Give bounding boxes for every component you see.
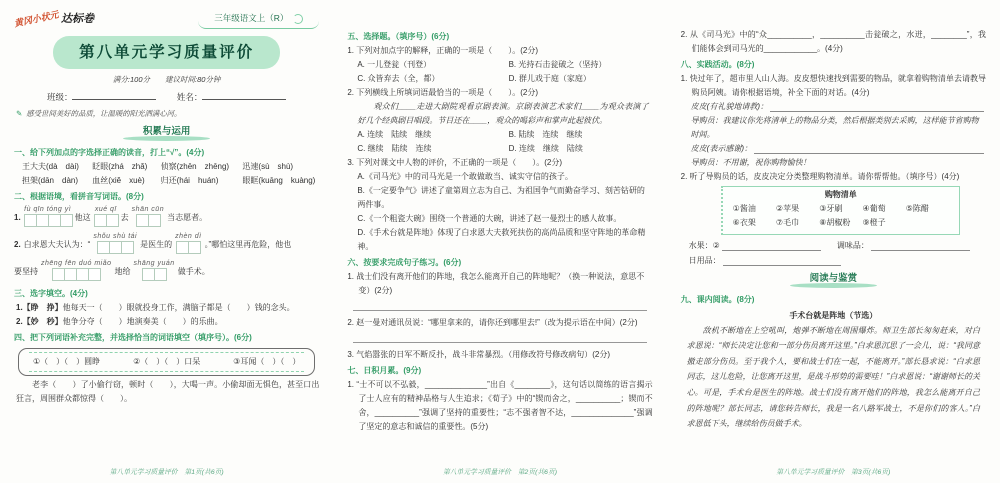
section-banner-reading: 阅读与鉴赏 (681, 271, 986, 289)
q1-item: 归还(hái huán) (161, 174, 229, 188)
q8-stem-1: 1. 快过年了，超市里人山人海。皮皮想快速找到需要的物品，就拿着购物清单去请教导… (681, 72, 986, 100)
edition-banner: 三年级语文上（R） (198, 10, 319, 29)
q7-item-2: 2. 从《司马光》中的“众__________，__________击瓮破之，水… (681, 28, 986, 56)
option: C. 继续 陆续 连续 (357, 142, 508, 156)
q6-item-2: 2. 赵一曼对通讯员说：“哪里拿来的，请你还到哪里去!”（改为提示语在中间）(2… (347, 316, 652, 330)
q5-s1-stem: 1. 下列对加点字的解释，正确的一项是（ ）。(2分) (347, 44, 652, 58)
exam-sheet: 黄冈小状元达标卷 三年级语文上（R） 第八单元学习质量评价 满分:100分 建议… (0, 0, 1000, 483)
speaker-label: 皮皮(有礼貌地请教)： (691, 100, 768, 114)
q1-items: 王大夫(dà dài) 眨眼(zhá zhǎ) 侦察(zhēn zhēng) 迅… (14, 160, 319, 188)
q3-title: 三、选字填空。(4分) (14, 287, 319, 301)
category-blank (722, 239, 821, 251)
dialog-line-pipi-2: 皮皮(表示感谢)： (681, 142, 986, 156)
option: C. 众皆弃去（全，都） (357, 72, 508, 86)
dialog-blank (754, 142, 984, 154)
page3-footer: 第八单元学习质量评价 第3页(共6页) (681, 467, 986, 481)
answer-line (353, 300, 646, 311)
class-blank (72, 91, 156, 100)
page1-footer: 第八单元学习质量评价 第1页(共6页) (14, 467, 319, 481)
edition-label: 三年级语文上（R） (214, 13, 288, 23)
tip-text: 感受世间美好的品质，让温暖的阳光洒满心河。 (26, 108, 181, 121)
writing-grid: shāng yuán (134, 259, 175, 281)
q5-title: 五、选择题。（填序号）(6分) (347, 30, 652, 44)
writing-grid: zhèn dì (175, 232, 201, 254)
q6-item-3: 3. 气焰嚣张的日军不断反扑，战斗非常暴烈。（用修改符号修改病句）(2分) (347, 348, 652, 362)
q5-s2-passage: 观众们____走进大剧院观看京剧表演。京剧表演艺术家们____为观众表演了好几个… (347, 100, 652, 128)
page-3: 2. 从《司马光》中的“众__________，__________击瓮破之，水… (681, 4, 986, 481)
list-item: ⑦毛巾 (776, 216, 819, 230)
option: B. 光持石击瓮破之（坚持） (509, 58, 653, 72)
option: C.《一个粗瓷大碗》围绕一个普通的大碗，讲述了赵一曼烈士的感人故事。 (357, 212, 652, 226)
dialog-line-clerk-1: 导购员：我建议你先将清单上的物品分类，然后根据类别去采购，这样能节省购物时间。 (681, 114, 986, 142)
q6-title: 六、按要求完成句子练习。(6分) (347, 256, 652, 270)
q4-title: 四、把下列词语补充完整，并选择恰当的词语填空（填序号）。(6分) (14, 331, 319, 345)
writing-grid: zhēng fēn duó miǎo (41, 259, 112, 281)
reading-passage: 敌机不断地在上空吼叫，炮弹不断地在周围爆炸。师卫生部长匆匆赶来，对白求恩说：“师… (681, 323, 986, 432)
option: B.《一定要争气》讲述了童第周立志为自己、为祖国争气而勤奋学习、刻苦钻研的两件事… (357, 184, 652, 212)
q1-item: 血丝(xiě xuè) (92, 174, 147, 188)
answer-line (353, 332, 646, 343)
q1-item: 眼眶(kuāng kuàng) (242, 174, 315, 188)
page-1: 黄冈小状元达标卷 三年级语文上（R） 第八单元学习质量评价 满分:100分 建议… (14, 4, 319, 481)
brand-logo: 黄冈小状元达标卷 (14, 10, 94, 29)
option: A.《司马光》中的司马光是一个敢做敢当、诚实守信的孩子。 (357, 170, 652, 184)
page-2: 五、选择题。（填序号）(6分) 1. 下列对加点字的解释，正确的一项是（ ）。(… (347, 4, 652, 481)
list-item: ⑤陈醋 (906, 202, 949, 216)
category-blank (871, 239, 970, 251)
option: A. 连续 陆续 继续 (357, 128, 508, 142)
q3-item-1: 1.【睁 挣】他每天一（ ）眼就投身工作，满脑子都是（ ）钱的念头。 (14, 301, 319, 315)
q3-item-2: 2.【妙 秒】他争分夺（ ）地演奏美（ ）的乐曲。 (14, 315, 319, 329)
list-item: ⑧胡椒粉 (819, 216, 862, 230)
list-item: ⑥衣架 (733, 216, 776, 230)
name-blank (202, 91, 286, 100)
dialog-blank (770, 100, 984, 112)
list-item: ③牙刷 (819, 202, 862, 216)
option: D. 群儿戏于庭（家庭） (509, 72, 653, 86)
q4-word-box: ①（ ）（ ）圆睁 ②（ ）（ ）口呆 ③耳闻（ ）（ ） (18, 348, 315, 376)
writing-grid: shǒu shù tái (93, 232, 137, 254)
category-row-1: 水果：② 调味品： (681, 239, 986, 253)
title-wrap: 第八单元学习质量评价 (14, 36, 319, 69)
page-title: 第八单元学习质量评价 (53, 36, 280, 69)
q1-item: 迅速(sù shù) (242, 160, 315, 174)
q1-item: 担架(dān dàn) (22, 174, 79, 188)
q1-title: 一、给下列加点的字选择正确的读音，打上“√”。(4分) (14, 146, 319, 160)
q9-title: 九、课内阅读。(8分) (681, 293, 986, 307)
brand-series-label: 达标卷 (61, 13, 94, 25)
dialog-line-pipi-1: 皮皮(有礼貌地请教)： (681, 100, 986, 114)
q4-word: ③耳闻（ ）（ ） (233, 355, 300, 369)
class-name-line: 班级： 姓名： (14, 90, 319, 105)
section-banner-accumulate: 积累与运用 (14, 124, 319, 142)
q8-stem-2: 2. 听了导购员的话，皮皮决定分类整理购物清单。请你帮帮他。（填序号）(4分) (681, 170, 986, 184)
shopping-list-row-1: ①酱油 ②苹果 ③牙刷 ④葡萄 ⑤陈醋 (733, 202, 949, 216)
writing-grid: fù qīn tóng yì (24, 205, 72, 227)
list-item: ④葡萄 (862, 202, 905, 216)
q2-row-1: 1. fù qīn tóng yì 他这 xué qī 去 shān cūn 当… (14, 205, 319, 227)
q5-s2-stem: 2. 下列横线上所填词语最恰当的一项是（ ）。(2分) (347, 86, 652, 100)
list-item: ①酱油 (733, 202, 776, 216)
pencil-icon: ✎ (16, 108, 22, 121)
dialog-line-clerk-2: 导购员：不用谢，祝你购物愉快！ (681, 156, 986, 170)
category-blank (723, 254, 841, 266)
shopping-list-row-2: ⑥衣架 ⑦毛巾 ⑧胡椒粉 ⑨橙子 (733, 216, 949, 230)
list-item: ②苹果 (776, 202, 819, 216)
q5-s3-stem: 3. 下列对课文中人物的评价，不正确的一项是（ ）。(2分) (347, 156, 652, 170)
shopping-list-title: 购物清单 (733, 188, 949, 202)
q7-item-1: 1. “士不可以不弘毅，______________”出自《________》，… (347, 378, 652, 434)
class-label: 班级： (47, 92, 73, 102)
q1-item: 眨眼(zhá zhǎ) (92, 160, 147, 174)
category-fruit-label: 水果：② (689, 239, 720, 253)
writing-grid: shān cūn (132, 205, 164, 227)
reading-passage-title: 手术台就是阵地（节选） (681, 309, 986, 323)
speaker-label: 皮皮(表示感谢)： (691, 142, 752, 156)
motivation-tip: ✎ 感受世间美好的品质，让温暖的阳光洒满心河。 (14, 108, 319, 121)
list-item: ⑨橙子 (862, 216, 905, 230)
page2-footer: 第八单元学习质量评价 第2页(共6页) (347, 467, 652, 481)
swirl-icon (293, 14, 303, 24)
q2-row-3: 要坚持 zhēng fēn duó miǎo 地给 shāng yuán 做手术… (14, 259, 319, 281)
q4-word: ②（ ）（ ）口呆 (133, 355, 200, 369)
name-label: 姓名： (177, 92, 203, 102)
option: D.《手术台就是阵地》体现了白求恩大夫救死扶伤的高尚品质和坚守阵地的革命精神。 (357, 226, 652, 254)
q5-s2-options: A. 连续 陆续 继续 B. 陆续 连续 继续 C. 继续 陆续 连续 D. 连… (347, 128, 652, 156)
option: A. 一儿登瓮（刊登） (357, 58, 508, 72)
q4-word: ①（ ）（ ）圆睁 (33, 355, 100, 369)
category-row-2: 日用品： (681, 254, 857, 268)
category-daily-label: 日用品： (689, 254, 721, 268)
exam-meta: 满分:100分 建议时间:80分钟 (14, 73, 319, 86)
q8-title: 八、实践活动。(8分) (681, 58, 986, 72)
q1-item: 侦察(zhēn zhēng) (161, 160, 229, 174)
page1-header: 黄冈小状元达标卷 三年级语文上（R） (14, 10, 319, 29)
q4-passage: 老李（ ）了小偷行窃，顿时（ ），大喝一声。小偷却面无惧色，甚至口出狂言，周围群… (14, 378, 319, 406)
shopping-list-box: 购物清单 ①酱油 ②苹果 ③牙刷 ④葡萄 ⑤陈醋 ⑥衣架 ⑦毛巾 ⑧胡椒粉 ⑨橙… (721, 186, 960, 235)
q6-item-1: 1. 战士们没有离开他们的阵地，我怎么能离开自己的阵地呢？（换一种说法，意思不变… (347, 270, 652, 298)
q2-row-2: 2. 白求恩大夫认为：“ shǒu shù tái 是医生的 zhèn dì 。… (14, 232, 319, 254)
q5-s3-options: A.《司马光》中的司马光是一个敢做敢当、诚实守信的孩子。 B.《一定要争气》讲述… (347, 170, 652, 254)
brand-script-logo: 黄冈小状元 (13, 7, 60, 32)
q5-s1-options: A. 一儿登瓮（刊登） B. 光持石击瓮破之（坚持） C. 众皆弃去（全，都） … (347, 58, 652, 86)
q2-title: 二、根据语境，看拼音写词语。(8分) (14, 190, 319, 204)
option: B. 陆续 连续 继续 (509, 128, 653, 142)
writing-grid: xué qī (94, 205, 118, 227)
category-seasoning-label: 调味品： (837, 239, 869, 253)
q1-item: 王大夫(dà dài) (22, 160, 79, 174)
option: D. 连续 继续 陆续 (509, 142, 653, 156)
q7-title: 七、日积月累。(9分) (347, 364, 652, 378)
